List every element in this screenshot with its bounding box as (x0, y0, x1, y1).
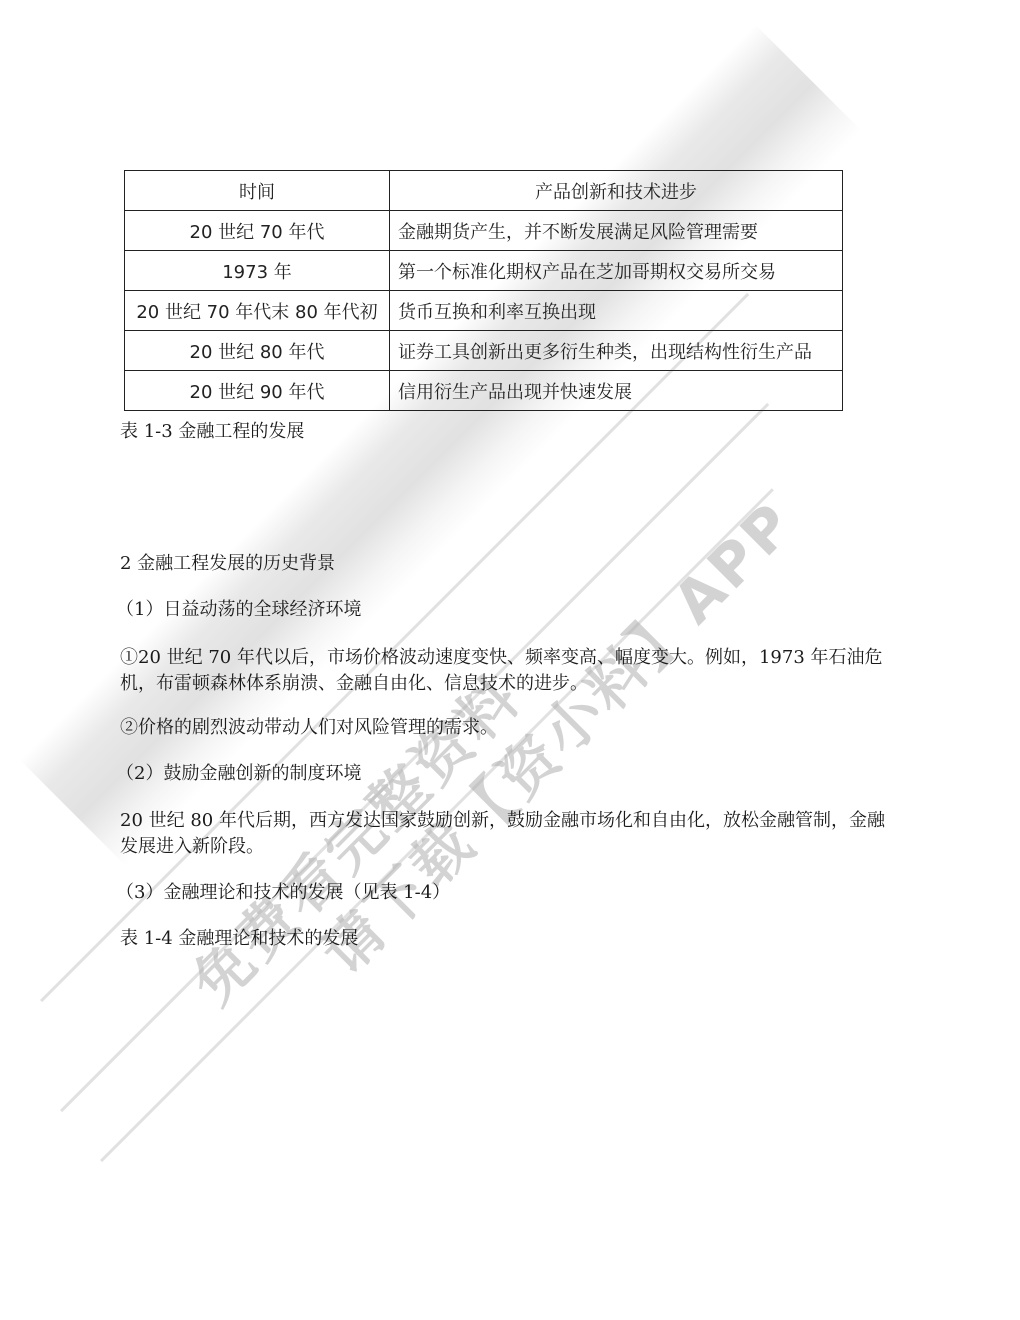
cell-time: 20 世纪 70 年代末 80 年代初 (125, 291, 390, 331)
watermark-streak (60, 403, 769, 1112)
table-row: 20 世纪 80 年代 证券工具创新出更多衍生种类，出现结构性衍生产品 (125, 331, 843, 371)
table-header-row: 时间 产品创新和技术进步 (125, 171, 843, 211)
cell-innovation: 金融期货产生，并不断发展满足风险管理需要 (390, 211, 843, 251)
point-1-paragraph: ①20 世纪 70 年代以后，市场价格波动速度变快、频率变高、幅度变大。例如，1… (120, 645, 900, 697)
table-1-4-caption: 表 1-4 金融理论和技术的发展 (120, 926, 358, 952)
table-row: 20 世纪 90 年代 信用衍生产品出现并快速发展 (125, 371, 843, 411)
table-row: 1973 年 第一个标准化期权产品在芝加哥期权交易所交易 (125, 251, 843, 291)
section-heading: 2 金融工程发展的历史背景 (120, 551, 335, 577)
subsection-2-paragraph: 20 世纪 80 年代后期，西方发达国家鼓励创新，鼓励金融市场化和自由化，放松金… (120, 808, 900, 860)
cell-time: 20 世纪 80 年代 (125, 331, 390, 371)
subsection-3-title: （3）金融理论和技术的发展（见表 1-4） (116, 880, 450, 906)
header-innovation: 产品创新和技术进步 (390, 171, 843, 211)
header-time: 时间 (125, 171, 390, 211)
table-row: 20 世纪 70 年代末 80 年代初 货币互换和利率互换出现 (125, 291, 843, 331)
subsection-1-title: （1）日益动荡的全球经济环境 (116, 597, 361, 623)
cell-innovation: 货币互换和利率互换出现 (390, 291, 843, 331)
table-row: 20 世纪 70 年代 金融期货产生，并不断发展满足风险管理需要 (125, 211, 843, 251)
subsection-2-title: （2）鼓励金融创新的制度环境 (116, 761, 361, 787)
cell-innovation: 证券工具创新出更多衍生种类，出现结构性衍生产品 (390, 331, 843, 371)
table-1-3: 时间 产品创新和技术进步 20 世纪 70 年代 金融期货产生，并不断发展满足风… (124, 170, 843, 411)
cell-time: 1973 年 (125, 251, 390, 291)
cell-innovation: 第一个标准化期权产品在芝加哥期权交易所交易 (390, 251, 843, 291)
table-1-3-caption: 表 1-3 金融工程的发展 (120, 419, 304, 445)
cell-innovation: 信用衍生产品出现并快速发展 (390, 371, 843, 411)
cell-time: 20 世纪 90 年代 (125, 371, 390, 411)
point-2-paragraph: ②价格的剧烈波动带动人们对风险管理的需求。 (120, 715, 498, 741)
cell-time: 20 世纪 70 年代 (125, 211, 390, 251)
document-page: 免费看完整资料 请下载【资小料】APP 时间 产品创新和技术进步 20 世纪 7… (0, 0, 1020, 1320)
